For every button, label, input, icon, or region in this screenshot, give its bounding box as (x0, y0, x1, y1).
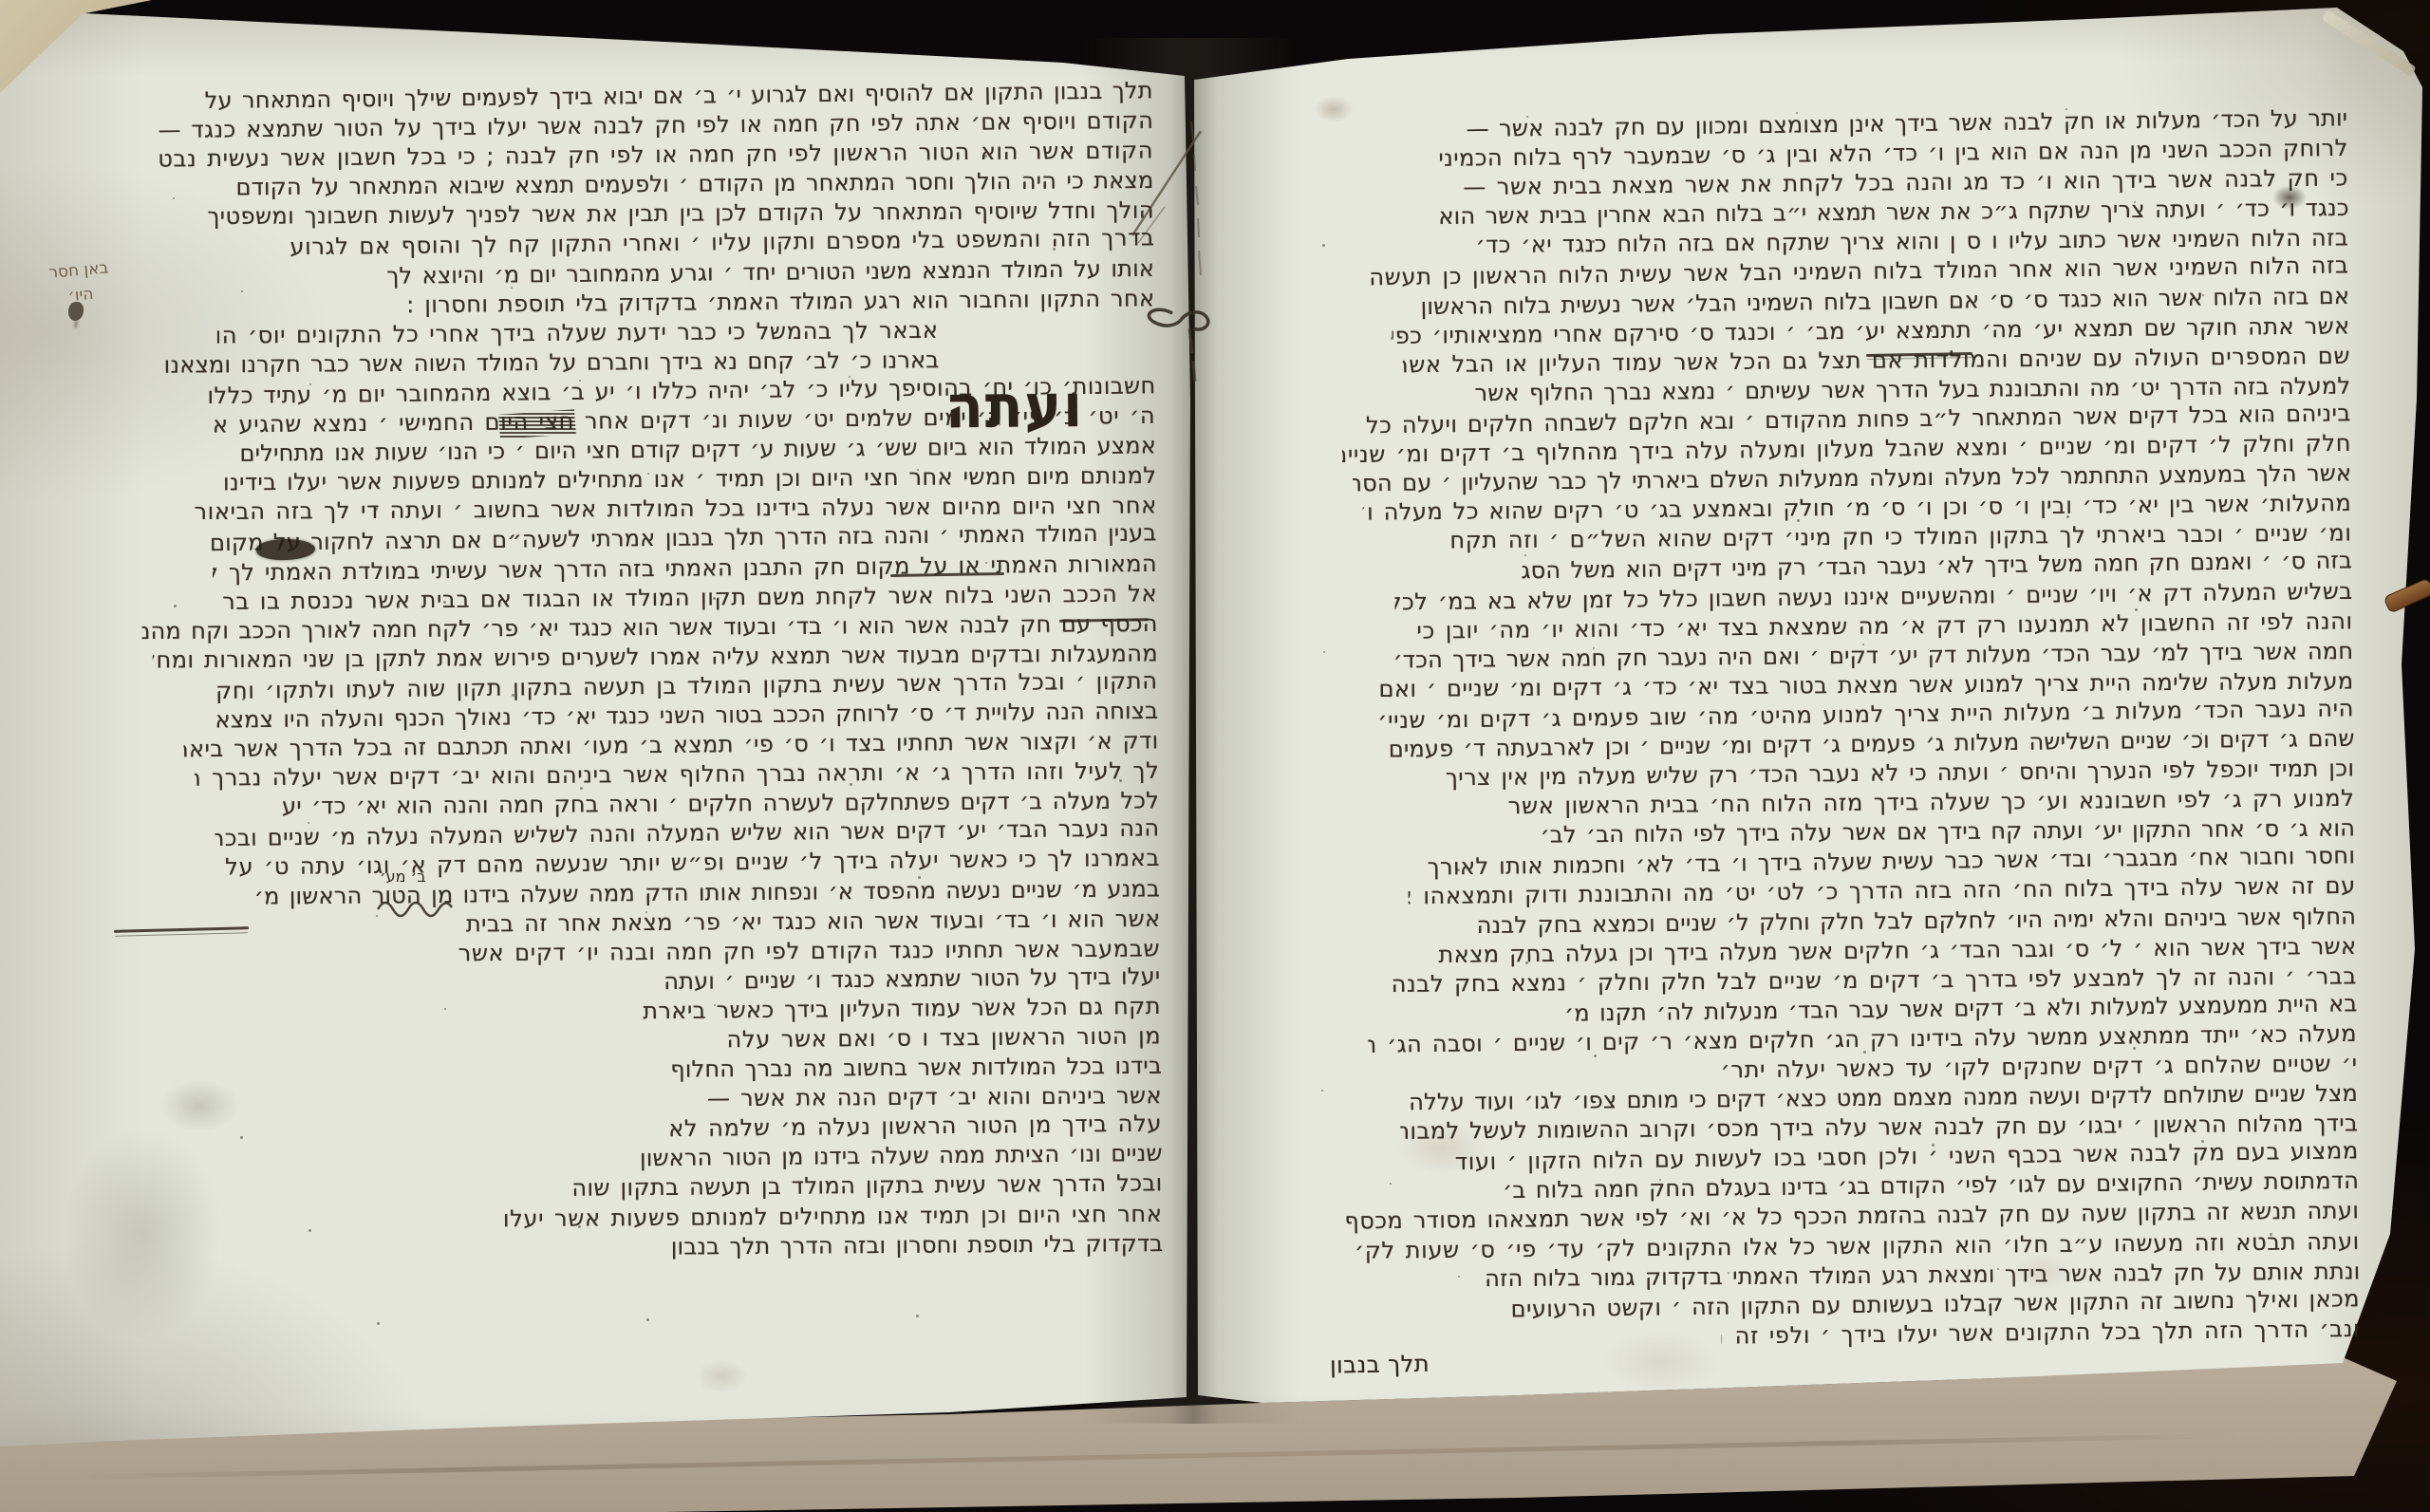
paper-speck (2202, 294, 2204, 296)
paper-speck (2065, 108, 2067, 110)
paper-speck (917, 469, 919, 471)
paper-speck (916, 1315, 919, 1317)
paper-speck (1323, 651, 1325, 653)
paper-speck (375, 508, 378, 511)
paper-speck (1052, 1093, 1054, 1095)
paper-speck (1390, 1183, 1392, 1185)
paper-speck (2269, 826, 2271, 828)
paper-speck (1661, 740, 1663, 742)
paper-speck (918, 876, 921, 879)
paper-speck (377, 1322, 380, 1325)
paper-speck (578, 1225, 581, 1228)
paper-speck (850, 1190, 852, 1192)
left-page-text: תלך בנבון התקון אם להוסיף ואם לגרוע י׳ ב… (138, 77, 1164, 1266)
paper-speck (983, 1000, 985, 1002)
paper-speck (782, 1097, 784, 1099)
paper-speck (1659, 1179, 1661, 1181)
paper-speck (984, 155, 987, 158)
paper-speck (646, 1318, 649, 1321)
paper-speck (2200, 733, 2202, 735)
manuscript-photo: תלך בנבון התקון אם להוסיף ואם לגרוע י׳ ב… (0, 0, 2430, 1512)
paper-speck (511, 287, 513, 289)
paper-speck (1795, 958, 1798, 961)
paper-speck (1729, 426, 1731, 429)
paper-speck (173, 197, 175, 199)
insertion-flourish-icon (376, 892, 456, 919)
paper-speck (1931, 737, 1933, 738)
paper-speck (1525, 961, 1528, 964)
paper-speck (1932, 1144, 1935, 1147)
interlinear-insertion: ב׳ מע׳ (380, 868, 426, 886)
paper-speck (781, 690, 784, 693)
paper-speck (849, 376, 850, 378)
paper-speck (1997, 1268, 1999, 1270)
paper-speck (309, 383, 311, 385)
paper-speck (1119, 779, 1122, 782)
paper-speck (1998, 422, 2001, 425)
manuscript-line: אבאר לך בהמשל כי כבר ידעת שעלה בידך אחרי… (217, 315, 939, 350)
paper-speck (241, 290, 243, 292)
paper-speck (2134, 201, 2136, 203)
paper-speck (579, 380, 581, 382)
paper-speck (1862, 644, 1864, 645)
paper-speck (444, 1008, 446, 1010)
paper-speck (308, 1229, 311, 1232)
paper-speck (1457, 868, 1460, 871)
paper-speck (645, 911, 647, 913)
paper-speck (1526, 116, 1528, 118)
paper-speck (2133, 1047, 2136, 1050)
manuscript-line: בדקדוק בלי תוספת וחסרון ובזה הדרך תלך בנ… (452, 1229, 1163, 1263)
paper-speck (2270, 1233, 2272, 1236)
paper-speck (1594, 1055, 1597, 1057)
paper-speck (1797, 519, 1800, 522)
paper-speck (1999, 830, 2001, 831)
paper-speck (240, 1136, 243, 1139)
paper-speck (2201, 1140, 2204, 1143)
paper-speck (1524, 554, 1526, 556)
paper-speck (647, 473, 649, 475)
paper-speck (1120, 1186, 1122, 1188)
paper-speck (1592, 240, 1595, 243)
paper-speck (985, 562, 987, 564)
paper-speck (1391, 337, 1393, 340)
paper-speck (714, 1004, 716, 1006)
paper-speck (242, 698, 245, 700)
paper-speck (1051, 686, 1054, 689)
paper-speck (1863, 1051, 1866, 1054)
paper-speck (376, 915, 378, 917)
strikethrough-scribble (498, 409, 576, 439)
paper-speck (1728, 1272, 1729, 1274)
catchword: תלך בנבון (1287, 1351, 1430, 1380)
paper-speck (443, 601, 446, 604)
right-page-text: יותר על הכד׳ מעלות או חק לבנה אשר בידך א… (1318, 104, 2361, 1354)
paper-speck (1458, 1276, 1460, 1278)
paper-speck (2268, 419, 2271, 421)
paper-speck (1322, 244, 1325, 247)
paper-speck (715, 159, 718, 161)
paper-speck (1593, 647, 1595, 649)
paper-speck (308, 822, 309, 824)
paper-speck (2066, 515, 2069, 518)
paper-speck (1321, 1090, 1323, 1092)
paper-speck (1660, 333, 1663, 336)
paper-speck (1796, 112, 1798, 114)
paper-speck (1864, 205, 1866, 207)
paper-speck (1053, 248, 1056, 251)
paper-speck (580, 787, 583, 790)
paper-speck (174, 605, 177, 607)
paper-speck (512, 694, 514, 697)
paper-speck (850, 783, 852, 786)
paper-speck (1930, 329, 1933, 332)
paper-speck (2135, 608, 2138, 611)
paper-speck (713, 597, 716, 600)
section-heading-word: ועתה (945, 371, 1085, 442)
